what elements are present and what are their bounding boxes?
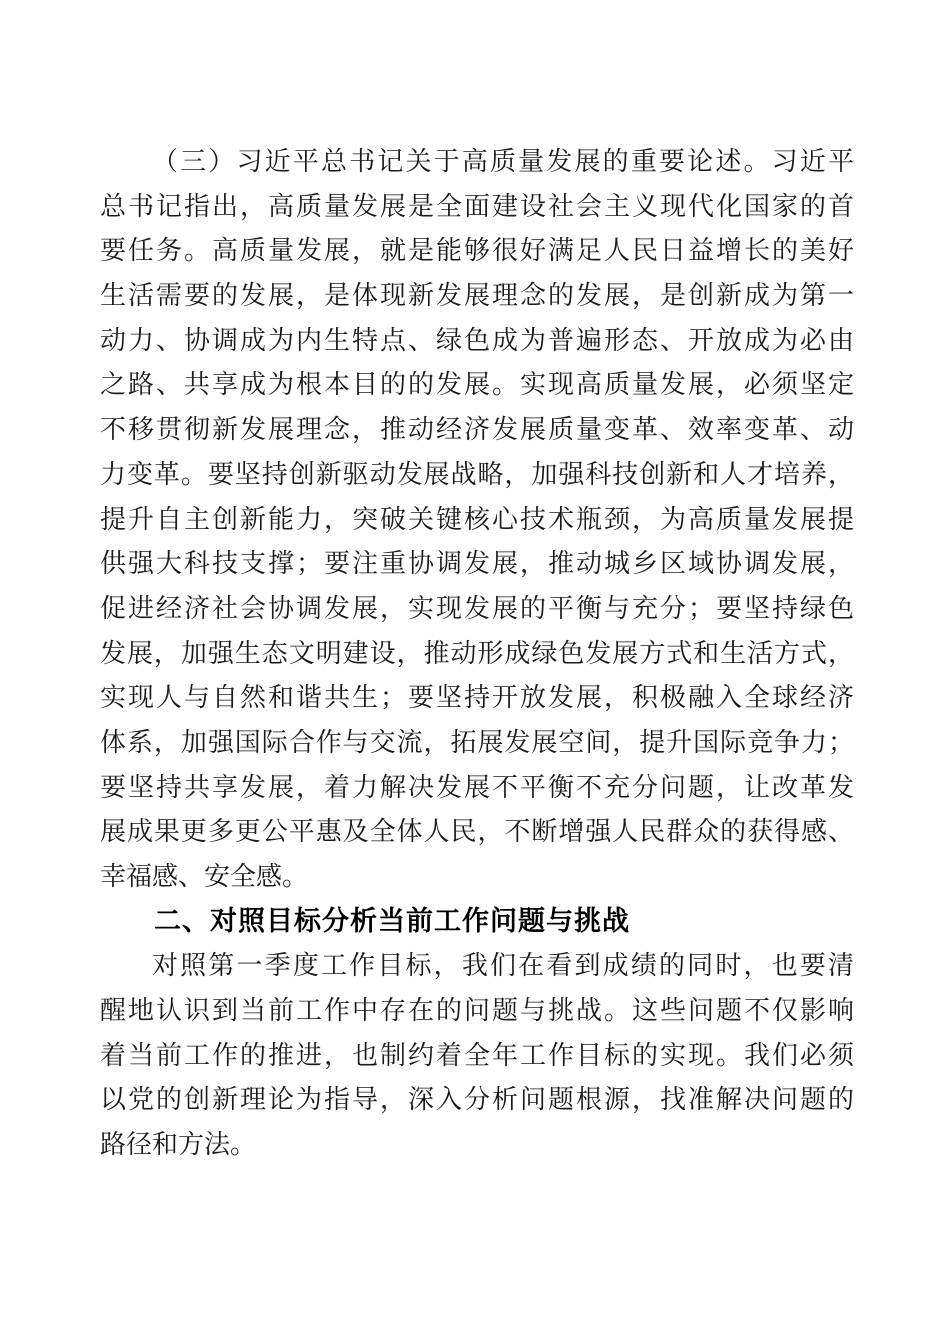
heading-line: 二、对照目标分析当前工作问题与挑战 bbox=[100, 900, 854, 945]
section-2-heading: 二、对照目标分析当前工作问题与挑战 bbox=[100, 900, 854, 945]
text-line: 以党的创新理论为指导，深入分析问题根源，找准解决问题的 bbox=[100, 1078, 854, 1123]
section-2-intro-paragraph: 对照第一季度工作目标，我们在看到成绩的同时，也要清醒地认识到当前工作中存在的问题… bbox=[100, 944, 854, 1167]
text-line: 着当前工作的推进，也制约着全年工作目标的实现。我们必须 bbox=[100, 1034, 854, 1079]
text-line: 发展，加强生态文明建设，推动形成绿色发展方式和生活方式， bbox=[100, 632, 854, 677]
text-line: 路径和方法。 bbox=[100, 1123, 854, 1168]
text-line: 体系，加强国际合作与交流，拓展发展空间，提升国际竞争力； bbox=[100, 721, 854, 766]
text-line: 力变革。要坚持创新驱动发展战略，加强科技创新和人才培养， bbox=[100, 453, 854, 498]
document-body: （三）习近平总书记关于高质量发展的重要论述。习近平总书记指出，高质量发展是全面建… bbox=[100, 140, 854, 1168]
text-line: 醒地认识到当前工作中存在的问题与挑战。这些问题不仅影响 bbox=[100, 989, 854, 1034]
text-line: 实现人与自然和谐共生；要坚持开放发展，积极融入全球经济 bbox=[100, 676, 854, 721]
section-3-paragraph: （三）习近平总书记关于高质量发展的重要论述。习近平总书记指出，高质量发展是全面建… bbox=[100, 140, 854, 900]
text-line: 要任务。高质量发展，就是能够很好满足人民日益增长的美好 bbox=[100, 229, 854, 274]
text-line: 提升自主创新能力，突破关键核心技术瓶颈，为高质量发展提 bbox=[100, 498, 854, 543]
text-line: 促进经济社会协调发展，实现发展的平衡与充分；要坚持绿色 bbox=[100, 587, 854, 632]
text-line: 展成果更多更公平惠及全体人民，不断增强人民群众的获得感、 bbox=[100, 810, 854, 855]
text-line: （三）习近平总书记关于高质量发展的重要论述。习近平 bbox=[100, 140, 854, 185]
text-line: 不移贯彻新发展理念，推动经济发展质量变革、效率变革、动 bbox=[100, 408, 854, 453]
text-line: 对照第一季度工作目标，我们在看到成绩的同时，也要清 bbox=[100, 944, 854, 989]
text-line: 供强大科技支撑；要注重协调发展，推动城乡区域协调发展， bbox=[100, 542, 854, 587]
document-page: （三）习近平总书记关于高质量发展的重要论述。习近平总书记指出，高质量发展是全面建… bbox=[0, 0, 950, 1344]
text-line: 动力、协调成为内生特点、绿色成为普遍形态、开放成为必由 bbox=[100, 319, 854, 364]
text-line: 总书记指出，高质量发展是全面建设社会主义现代化国家的首 bbox=[100, 185, 854, 230]
text-line: 要坚持共享发展，着力解决发展不平衡不充分问题，让改革发 bbox=[100, 766, 854, 811]
text-line: 之路、共享成为根本目的的发展。实现高质量发展，必须坚定 bbox=[100, 363, 854, 408]
text-line: 生活需要的发展，是体现新发展理念的发展，是创新成为第一 bbox=[100, 274, 854, 319]
text-line: 幸福感、安全感。 bbox=[100, 855, 854, 900]
